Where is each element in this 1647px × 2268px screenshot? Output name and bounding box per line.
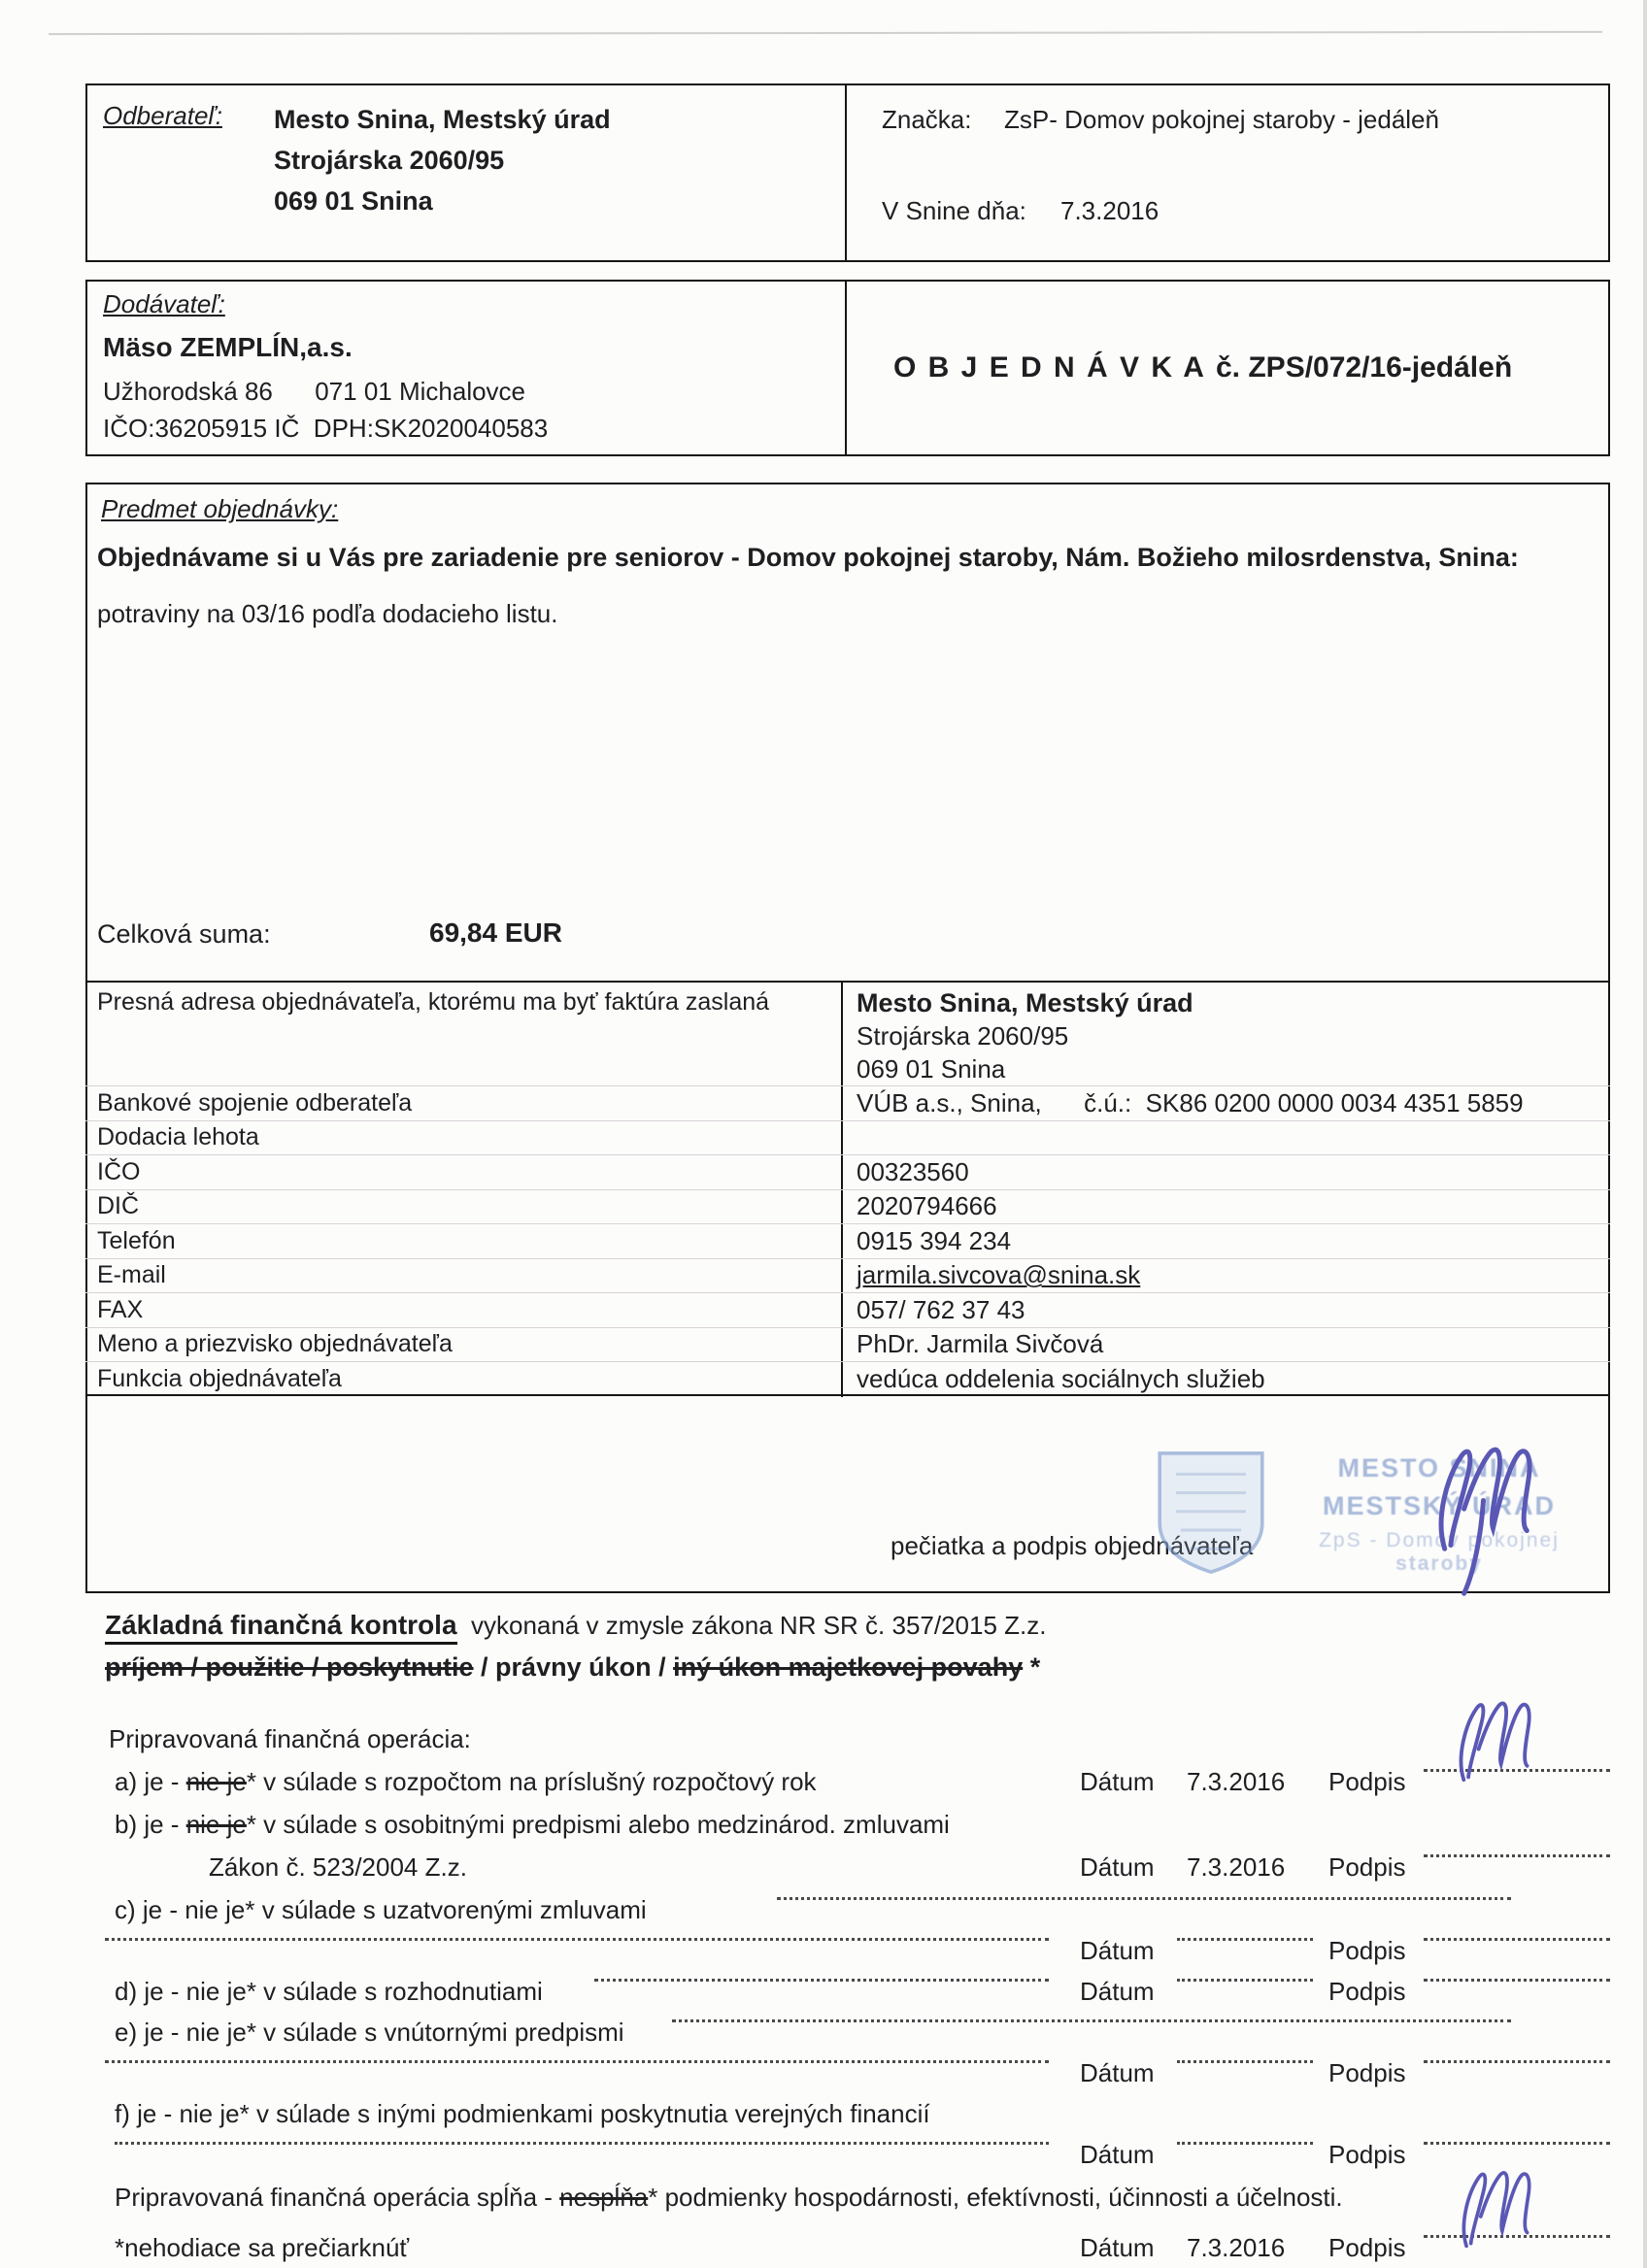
summary-pre: Pripravovaná finančná operácia spĺňa - — [115, 2183, 559, 2212]
kontrola-row-a: a) je - nie je* v súlade s rozpočtom na … — [115, 1767, 817, 1797]
detail-value: PhDr. Jarmila Sivčová — [843, 1328, 1610, 1362]
kontrola-operation-types: príjem / použitie / poskytnutie / právny… — [105, 1652, 1040, 1683]
kontrola-heading: Základná finančná kontrola vykonaná v zm… — [105, 1610, 1046, 1641]
dotted-line — [1177, 2115, 1313, 2145]
table-row: Dodacia lehota — [85, 1121, 1610, 1156]
dotted-line — [594, 1951, 1049, 1982]
customer-label: Odberateľ: — [103, 101, 222, 131]
kontrola-title-suffix: vykonaná v zmysle zákona NR SR č. 357/20… — [471, 1611, 1047, 1640]
subject-line-2: potraviny na 03/16 podľa dodacieho listu… — [97, 599, 557, 629]
datum-label: Dátum — [1080, 2140, 1155, 2170]
table-row: Meno a priezvisko objednávateľa PhDr. Ja… — [85, 1328, 1610, 1363]
table-row: IČO 00323560 — [85, 1155, 1610, 1190]
detail-label: Telefón — [85, 1224, 843, 1258]
datum-label: Dátum — [1080, 2058, 1155, 2088]
supplier-tax-ids: IČO:36205915 IČ DPH:SK2020040583 — [103, 414, 548, 444]
dotted-line — [1177, 2033, 1313, 2063]
summary-struck: nespĺňa — [559, 2183, 648, 2212]
detail-label: Dodacia lehota — [85, 1121, 843, 1155]
subject-line-1: Objednávame si u Vás pre zariadenie pre … — [97, 543, 1519, 573]
billing-address: Mesto Snina, Mestský úrad Strojárska 206… — [857, 983, 1193, 1085]
supplier-name: Mäso ZEMPLÍN,a.s. — [103, 332, 353, 363]
detail-label: FAX — [85, 1293, 843, 1327]
stamp-shield-icon — [1153, 1449, 1269, 1577]
dotted-line — [1177, 1911, 1313, 1941]
detail-label: Presná adresa objednávateľa, ktorému ma … — [85, 983, 843, 1085]
summary-post: * podmienky hospodárnosti, efektívnosti,… — [648, 2183, 1342, 2212]
strike-footnote: *nehodiace sa prečiarknúť — [115, 2233, 409, 2263]
column-divider — [845, 85, 847, 260]
dotted-line — [1424, 2115, 1610, 2145]
detail-label: Funkcia objednávateľa — [85, 1362, 843, 1397]
prepared-operation-label: Pripravovaná finančná operácia: — [109, 1724, 471, 1754]
total-label: Celková suma: — [97, 919, 271, 950]
dotted-line — [105, 1911, 1049, 1941]
table-row: Funkcia objednávateľa vedúca oddelenia s… — [85, 1362, 1610, 1397]
total-value: 69,84 EUR — [429, 917, 562, 949]
detail-value: 2020794666 — [843, 1190, 1610, 1224]
order-body-section: Predmet objednávky: Objednávame si u Vás… — [85, 483, 1610, 1593]
detail-label: E-mail — [85, 1259, 843, 1293]
column-divider — [845, 282, 847, 454]
order-number: č. ZPS/072/16-jedáleň — [1216, 351, 1512, 384]
asterisk: * — [1023, 1652, 1040, 1682]
detail-value — [843, 1121, 1610, 1155]
invoice-details-table: Presná adresa objednávateľa, ktorému ma … — [85, 981, 1610, 1396]
kontrola-summary: Pripravovaná finančná operácia spĺňa - n… — [115, 2183, 1343, 2213]
handwritten-signature — [1408, 1434, 1554, 1597]
item-b-pre: b) je - — [115, 1810, 186, 1839]
kontrola-row-b-law: Zákon č. 523/2004 Z.z. — [209, 1852, 467, 1883]
supplier-street: Užhorodská 86 071 01 Michalovce — [103, 377, 525, 407]
dotted-line — [672, 1992, 1511, 2022]
datum-label: Dátum — [1080, 2233, 1155, 2263]
dotted-line — [1177, 1951, 1313, 1982]
detail-label: IČO — [85, 1155, 843, 1189]
dotted-line — [1424, 1827, 1610, 1857]
order-title: O B J E D N Á V K A — [893, 351, 1206, 384]
customer-address: Mesto Snina, Mestský úrad Strojárska 206… — [274, 99, 611, 221]
billing-street: Strojárska 2060/95 — [857, 1019, 1193, 1052]
customer-name: Mesto Snina, Mestský úrad — [274, 99, 611, 140]
podpis-label: Podpis — [1328, 2058, 1406, 2088]
handwritten-signature — [1439, 2161, 1551, 2251]
supplier-section: Dodávateľ: Mäso ZEMPLÍN,a.s. Užhorodská … — [85, 280, 1610, 456]
table-row: FAX 057/ 762 37 43 — [85, 1293, 1610, 1328]
item-a-post: * v súlade s rozpočtom na príslušný rozp… — [247, 1767, 817, 1796]
podpis-label: Podpis — [1328, 2140, 1406, 2170]
table-row: E-mail jarmila.sivcova@snina.sk — [85, 1259, 1610, 1294]
dotted-line — [1424, 2033, 1610, 2063]
supplier-label: Dodávateľ: — [103, 289, 225, 319]
item-b-post: * v súlade s osobitnými predpismi alebo … — [247, 1810, 950, 1839]
datum-label: Dátum — [1080, 1767, 1155, 1797]
customer-section: Odberateľ: Mesto Snina, Mestský úrad Str… — [85, 83, 1610, 262]
item-b-struck: nie je — [186, 1810, 247, 1839]
detail-label: DIČ — [85, 1190, 843, 1224]
reference-label: Značka: — [882, 105, 972, 135]
billing-city: 069 01 Snina — [857, 1052, 1193, 1085]
reference-value: ZsP- Domov pokojnej staroby - jedáleň — [1004, 105, 1439, 135]
dotted-line — [105, 2033, 1049, 2063]
detail-value: VÚB a.s., Snina, č.ú.: SK86 0200 0000 00… — [843, 1086, 1610, 1120]
struck-option: príjem / použitie / poskytnutie — [105, 1652, 474, 1682]
struck-option: iný úkon majetkovej povahy — [673, 1652, 1023, 1682]
detail-value: vedúca oddelenia sociálnych služieb — [843, 1362, 1610, 1397]
place-date-label: V Snine dňa: — [882, 196, 1026, 226]
datum-value: 7.3.2016 — [1187, 1767, 1285, 1797]
podpis-label: Podpis — [1328, 1767, 1406, 1797]
place-date-value: 7.3.2016 — [1060, 196, 1159, 226]
podpis-label: Podpis — [1328, 2233, 1406, 2263]
scanned-order-document: Odberateľ: Mesto Snina, Mestský úrad Str… — [0, 0, 1647, 2268]
detail-value: 0915 394 234 — [843, 1224, 1610, 1258]
dotted-line — [115, 2115, 1049, 2145]
detail-label: Meno a priezvisko objednávateľa — [85, 1328, 843, 1362]
table-row: Presná adresa objednávateľa, ktorému ma … — [85, 983, 1610, 1086]
kontrola-title: Základná finančná kontrola — [105, 1610, 457, 1645]
detail-value: 00323560 — [843, 1155, 1610, 1189]
detail-value: 057/ 762 37 43 — [843, 1293, 1610, 1327]
customer-city: 069 01 Snina — [274, 181, 611, 221]
datum-value: 7.3.2016 — [1187, 2233, 1285, 2263]
subject-label: Predmet objednávky: — [101, 494, 338, 524]
table-row: Telefón 0915 394 234 — [85, 1224, 1610, 1259]
scan-artifact-line — [49, 31, 1602, 35]
detail-label: Bankové spojenie odberateľa — [85, 1086, 843, 1120]
table-row: DIČ 2020794666 — [85, 1190, 1610, 1225]
item-a-pre: a) je - — [115, 1767, 186, 1796]
handwritten-signature — [1435, 1691, 1552, 1784]
podpis-label: Podpis — [1328, 1936, 1406, 1966]
billing-name: Mesto Snina, Mestský úrad — [857, 986, 1193, 1019]
customer-street: Strojárska 2060/95 — [274, 140, 611, 181]
kept-option: / právny úkon / — [474, 1652, 674, 1682]
item-a-struck: nie je — [186, 1767, 247, 1796]
scan-edge-shadow — [1643, 0, 1647, 2268]
dotted-line — [1424, 1951, 1610, 1982]
detail-value: Mesto Snina, Mestský úrad Strojárska 206… — [843, 983, 1610, 1085]
email-value: jarmila.sivcova@snina.sk — [843, 1259, 1610, 1293]
dotted-line — [1424, 1911, 1610, 1941]
table-row: Bankové spojenie odberateľa VÚB a.s., Sn… — [85, 1086, 1610, 1121]
datum-label: Dátum — [1080, 1936, 1155, 1966]
kontrola-row-d: d) je - nie je* v súlade s rozhodnutiami — [115, 1977, 543, 2007]
kontrola-row-b: b) je - nie je* v súlade s osobitnými pr… — [115, 1810, 950, 1840]
dotted-line — [777, 1870, 1511, 1900]
